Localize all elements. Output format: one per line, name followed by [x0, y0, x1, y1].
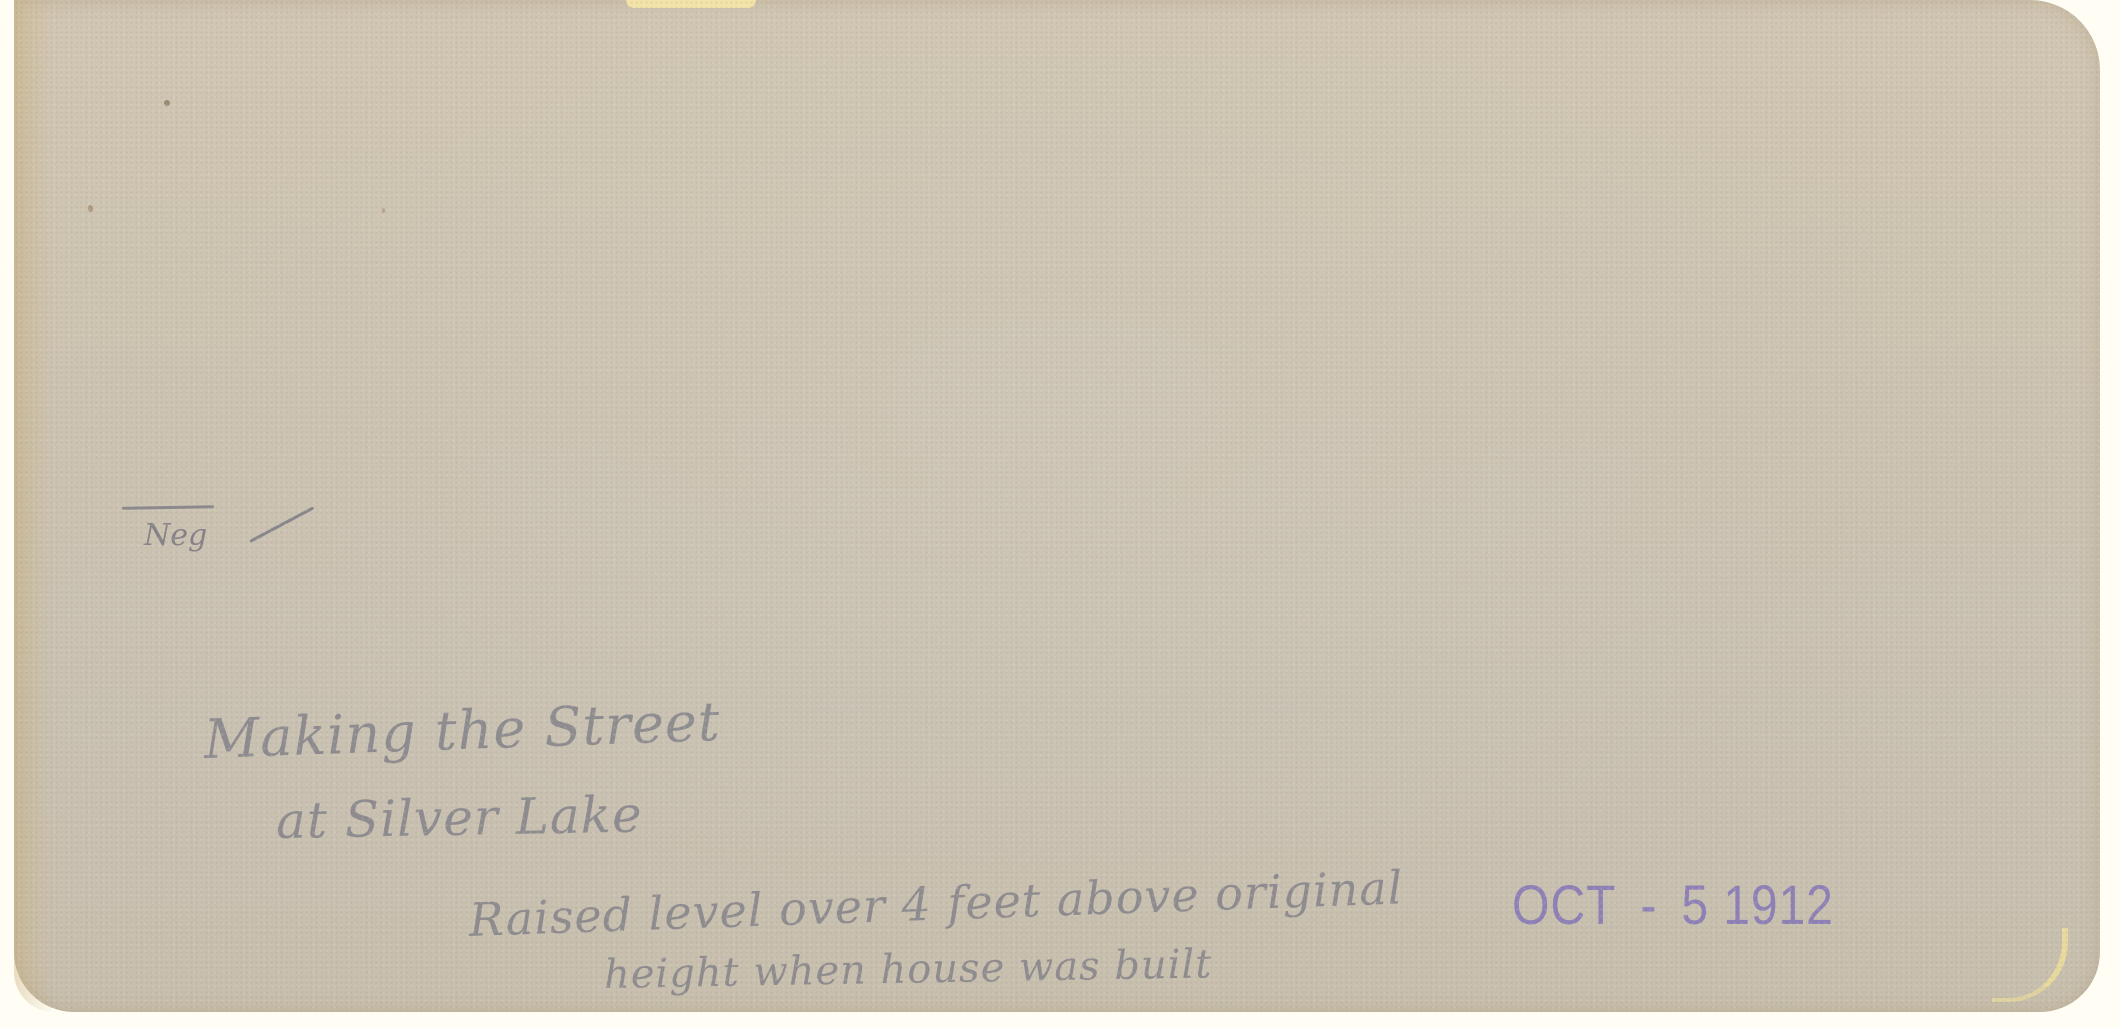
stamp-month: OCT — [1512, 873, 1616, 936]
foxing-spot — [88, 205, 93, 212]
yellow-stain-corner — [1992, 928, 2068, 1002]
yellow-stain-top — [626, 0, 756, 8]
neg-number-stroke — [249, 506, 314, 542]
stereoview-card-back: Neg Making the Street at Silver Lake Rai… — [14, 0, 2100, 1012]
handwritten-caption-line-1: Making the Street — [203, 690, 722, 771]
date-stamp: OCT-5 1912 — [1512, 872, 1834, 937]
foxing-spot — [164, 100, 170, 106]
handwritten-note-line-2: height when house was built — [604, 941, 1213, 998]
negative-number-mark: Neg — [122, 500, 322, 570]
stamp-year: 1912 — [1723, 873, 1834, 936]
handwritten-caption-line-2: at Silver Lake — [275, 786, 643, 850]
scan-background: Neg Making the Street at Silver Lake Rai… — [0, 0, 2120, 1028]
stamp-separator: - — [1640, 873, 1657, 936]
foxing-spot — [382, 208, 385, 213]
pencil-overline — [122, 505, 214, 510]
stamp-day: 5 — [1681, 873, 1709, 936]
handwritten-note-line-1: Raised level over 4 feet above original — [468, 860, 1404, 947]
neg-label: Neg — [144, 518, 207, 553]
